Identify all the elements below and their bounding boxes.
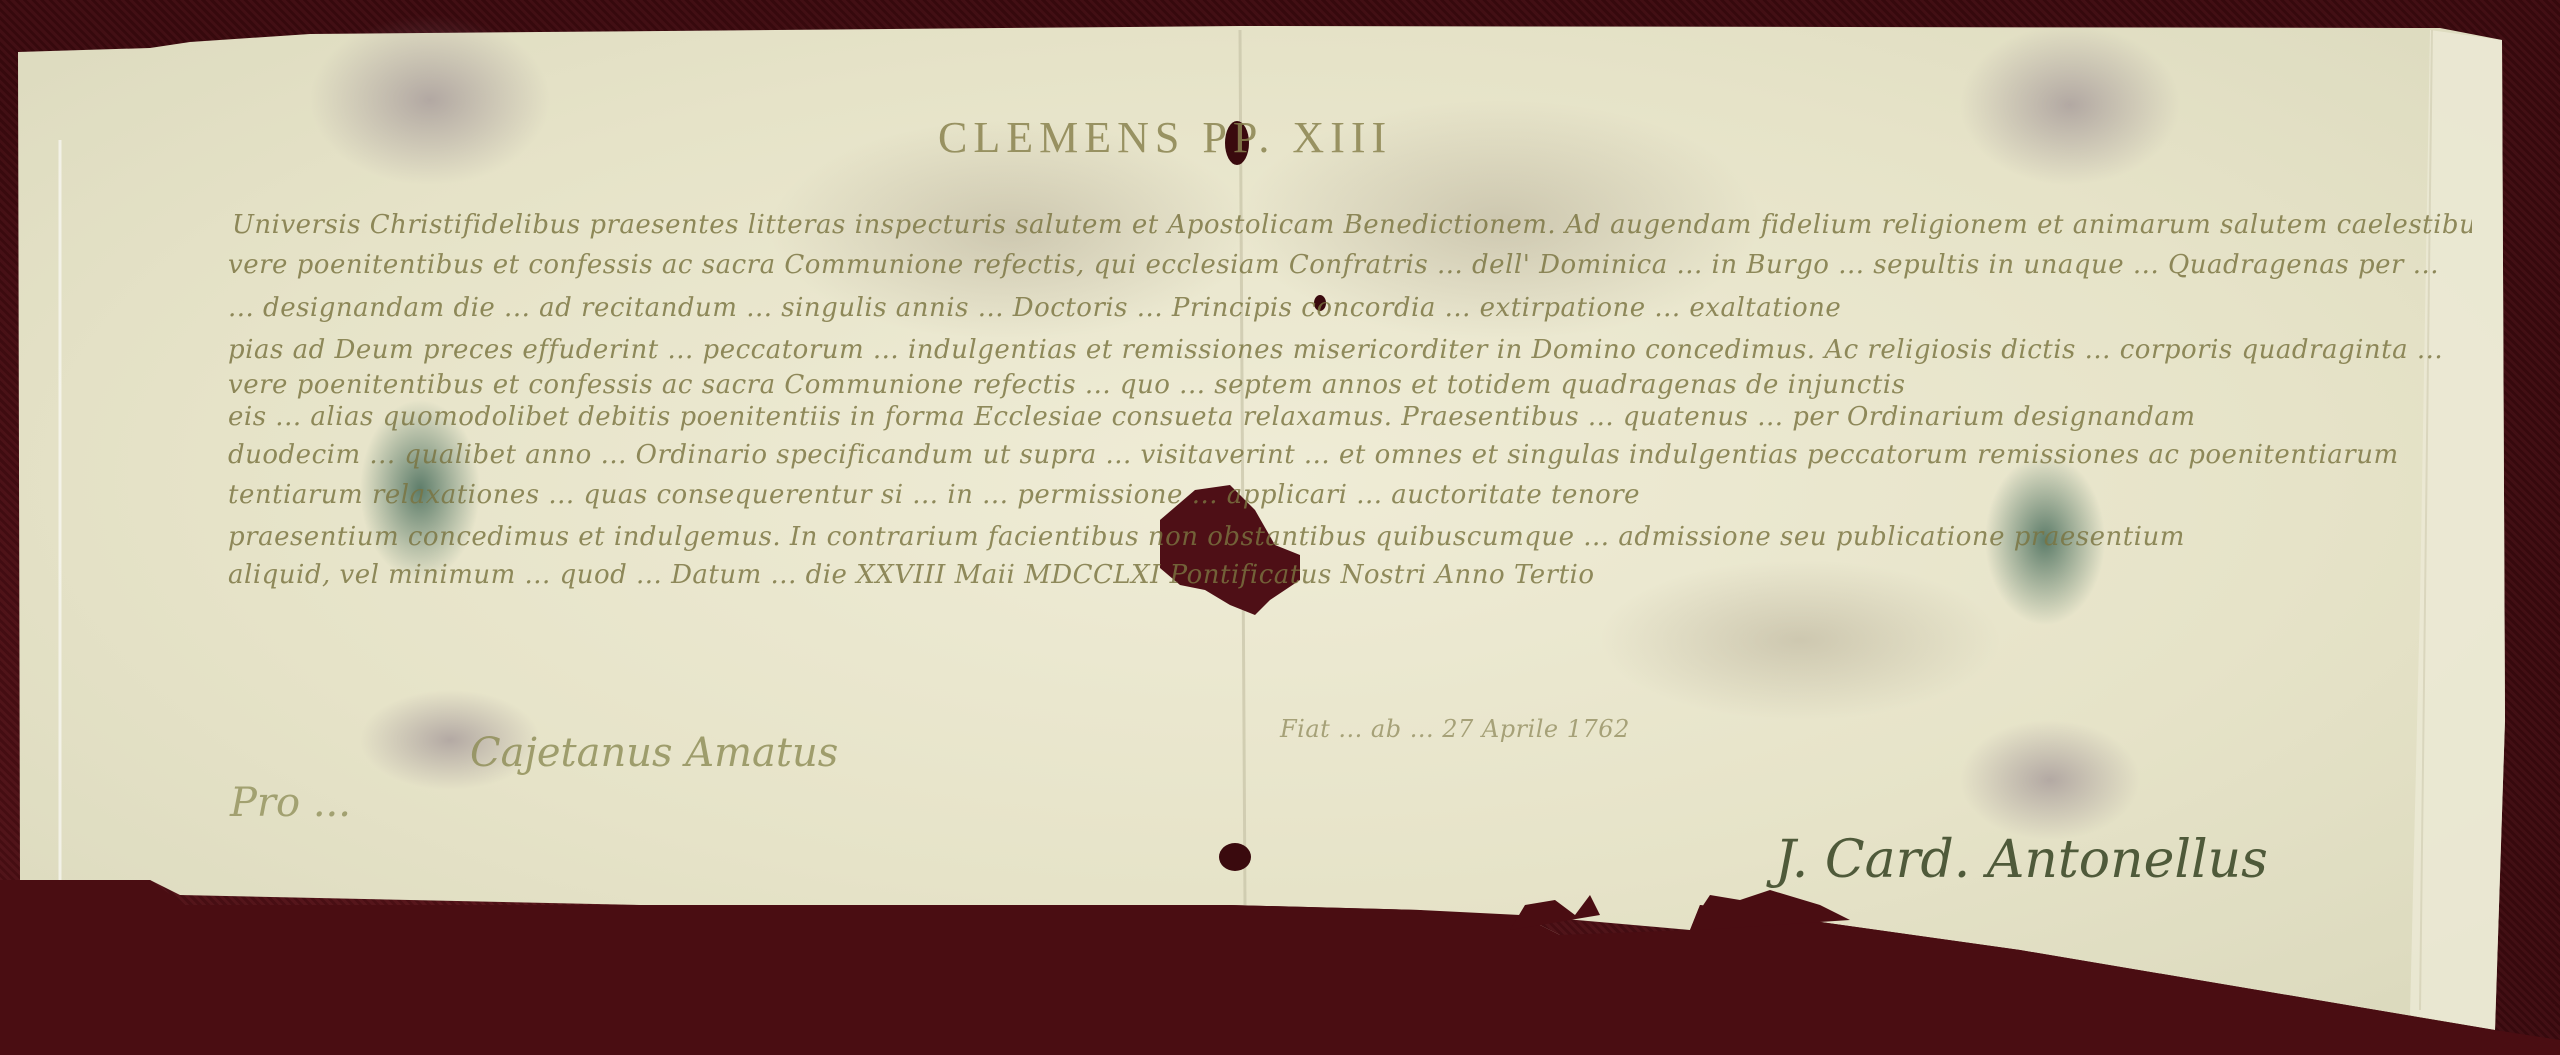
body-line-8: tentiarum relaxationes ... quas conseque… [228, 480, 2468, 510]
signature-secretary: Cajetanus Amatus [470, 730, 838, 776]
document-title: CLEMENS PP. XIII [938, 112, 1392, 163]
body-line-1: Universis Christifidelibus praesentes li… [232, 210, 2472, 240]
body-line-7: duodecim ... qualibet anno ... Ordinario… [228, 440, 2468, 470]
body-line-4: pias ad Deum preces effuderint ... pecca… [228, 335, 2468, 365]
registry-annotation: Fiat ... ab ... 27 Aprile 1762 [1280, 715, 1630, 743]
body-line-5: vere poenitentibus et confessis ac sacra… [228, 370, 2468, 400]
body-line-2: vere poenitentibus et confessis ac sacra… [228, 250, 2468, 280]
signature-left-flourish: Pro ... [230, 780, 351, 826]
signature-cardinal: J. Card. Antonellus [1775, 830, 2268, 890]
body-line-10: aliquid, vel minimum ... quod ... Datum … [228, 560, 2378, 590]
body-line-6: eis ... alias quomodolibet debitis poeni… [228, 402, 2468, 432]
body-line-3: ... designandam die ... ad recitandum ..… [228, 293, 2468, 323]
body-line-9: praesentium concedimus et indulgemus. In… [228, 522, 2468, 552]
